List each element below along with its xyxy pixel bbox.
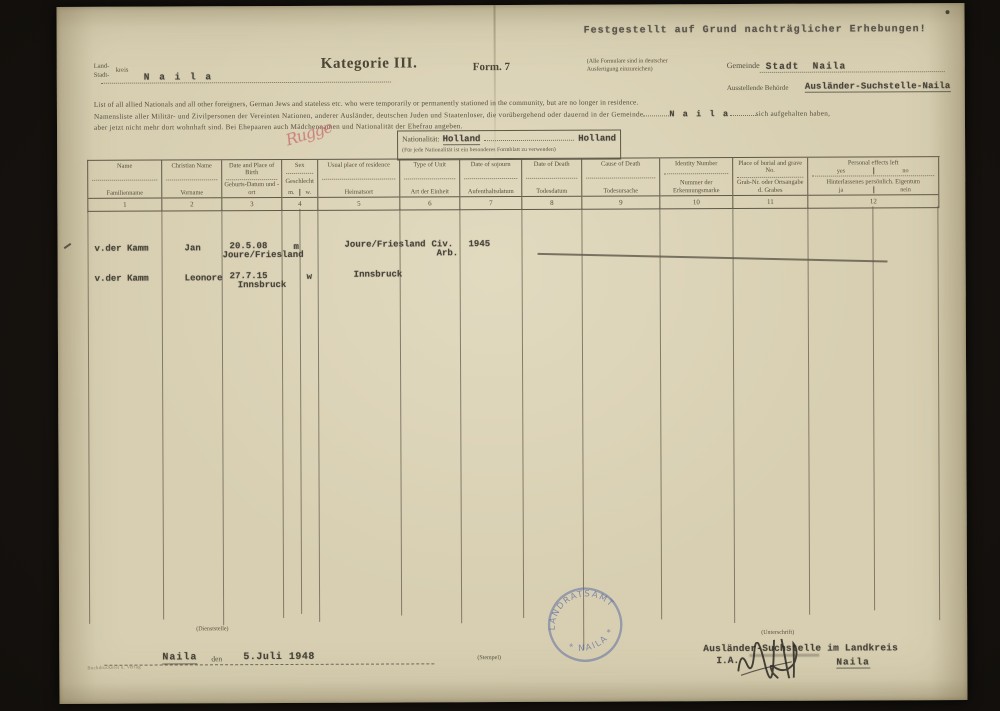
col4-sub-w: w. [299, 189, 316, 196]
col-header-death-date: Date of DeathTodesdatum 8 [522, 159, 582, 210]
col-header-burial: Place of burial and grave No.Grab-Nr. od… [733, 158, 808, 209]
stamp-text-bottom: * NAILA * [564, 624, 621, 661]
col7-en: Date of sojourn [461, 161, 520, 169]
col3-en: Date and Place of Birth [223, 162, 280, 177]
col2-de: Vorname [163, 189, 220, 197]
row1-residence: Joure/Friesland [345, 239, 426, 249]
col6-de: Art der Einheit [401, 188, 458, 196]
row2-birth-place: Innsbruck [238, 280, 287, 290]
col-header-name: NameFamilienname 1 [88, 161, 162, 212]
row1-birth-place: Joure/Friesland [223, 250, 304, 260]
row1-sojourn: 1945 [469, 239, 491, 249]
nationality-value-confirm: Holland [578, 134, 616, 144]
col-header-sojourn: Date of sojournAufenthaltsdatum 7 [460, 159, 522, 210]
table-header: NameFamilienname 1 Christian NameVorname… [87, 156, 940, 213]
col-header-birth: Date and Place of BirthGeburts-Datum und… [222, 160, 282, 211]
col11-en: Place of burial and grave No. [734, 160, 806, 175]
issuer-place: Naila [836, 656, 870, 668]
nationality-box: Nationalität: Holland Holland (Für jede … [397, 130, 621, 161]
signature-label: (Unterschrift) [761, 630, 794, 638]
intro-dotted-gap2 [730, 108, 756, 116]
col8-de: Todesdatum [523, 187, 580, 195]
col-header-sex: Sex Geschlecht m.w. 4 [282, 160, 318, 211]
col-header-death-cause: Cause of DeathTodesursache 9 [582, 158, 660, 209]
footer-left-label: (Dienststelle) [196, 626, 228, 634]
form-note: (Alle Formulare sind in deutscher Ausfer… [587, 58, 668, 74]
row2-first-name: Leonore [185, 273, 223, 283]
nationality-label: Nationalität: [402, 134, 440, 143]
col4-en: Sex [283, 162, 316, 170]
date-value: 5.Juli 1948 [243, 652, 315, 663]
col4-sub-m: m. [283, 189, 299, 196]
col3-de: Geburts-Datum und -ort [223, 181, 280, 196]
col12-en: Personal effects left [809, 159, 937, 167]
col-header-identity: Identity NumberNummer der Erkennungsmark… [660, 158, 733, 209]
form-number: Form. 7 [473, 61, 510, 73]
svg-text:* NAILA *: * NAILA * [564, 624, 621, 661]
col-header-christian-name: Christian NameVorname 2 [162, 160, 222, 211]
row2-residence: Innsbruck [354, 269, 403, 279]
kreis-value: N a i l a [144, 71, 213, 82]
intro-line-de: Namensliste aller Militär- und Zivilpers… [94, 110, 643, 120]
col12-sub-nein: nein [873, 186, 938, 193]
col-header-effects: Personal effects left yesno Hinterlassen… [808, 157, 939, 209]
row2-sex: w [307, 272, 312, 282]
behoerde-label: Ausstellende Behörde [727, 84, 789, 92]
col9-de: Todesursache [583, 187, 658, 195]
printer-imprint: Buchdruckerei u. Verlag [87, 665, 141, 671]
col-header-residence: Usual place of residenceHeimatsort 5 [318, 159, 400, 210]
col9-en: Cause of Death [583, 160, 658, 168]
nationality-dotted-gap [484, 133, 574, 141]
kreis-label-land: Land- [94, 63, 110, 70]
col1-de: Familienname [89, 189, 160, 197]
intro-line-de-suffix: sich aufgehalten haben, [756, 110, 831, 118]
row1-first-name: Jan [185, 243, 201, 253]
nationality-value-typed: Holland [443, 134, 481, 145]
gemeinde-value: Stadt Naila [766, 61, 846, 72]
col10-de: Nummer der Erkennungsmarke [661, 179, 731, 194]
behoerde-value: Ausländer-Suchstelle-Naila [805, 81, 951, 93]
col7-de: Aufenthaltsdatum [461, 188, 520, 196]
margin-pen-tick [64, 243, 72, 249]
col5-en: Usual place of residence [319, 161, 398, 169]
row1-name: v.der Kamm [95, 244, 149, 254]
intro-paragraph: List of all allied Nationals and all oth… [94, 97, 924, 132]
col6-en: Type of Unit [401, 161, 458, 169]
col12-de: Hinterlassenes persönlich. Eigentum [809, 178, 937, 186]
den-label: den [211, 654, 222, 663]
col8-en: Date of Death [523, 161, 580, 169]
row1-unit-line2: Arb. [437, 248, 459, 258]
category-title: Kategorie III. [321, 55, 418, 72]
col11-de: Grab-Nr. oder Ortsangabe d. Grabes [734, 179, 806, 194]
intro-place-value: N a i l a [669, 109, 729, 119]
place-value: Naila [162, 652, 197, 664]
form-note-line2: Ausfertigung einzureichen) [587, 66, 668, 74]
col2-en: Christian Name [163, 162, 220, 170]
col4-de: Geschlecht [283, 178, 316, 186]
row2-name: v.der Kamm [95, 274, 149, 284]
gemeinde-label: Gemeinde [727, 61, 760, 70]
paper-speck [946, 10, 950, 14]
scanned-form-page: Festgestellt auf Grund nachträglicher Er… [56, 3, 967, 704]
intro-dotted-gap1 [643, 108, 669, 116]
row1-sex: m [294, 242, 299, 252]
col12-sub-no: no [873, 167, 938, 174]
col10-en: Identity Number [661, 160, 731, 168]
nationality-note: (Für jede Nationalität ist ein besondere… [402, 147, 616, 154]
col12-sub-yes: yes [809, 167, 873, 174]
verification-note: Festgestellt auf Grund nachträglicher Er… [584, 24, 927, 36]
col-header-unit: Type of UnitArt der Einheit 6 [400, 159, 460, 210]
form-note-line1: (Alle Formulare sind in deutscher [587, 58, 668, 66]
stamp-label: (Stempel) [477, 655, 501, 663]
col5-de: Heimatsort [319, 188, 398, 196]
scanned-document-photo: { "document": { "verification_note": "Fe… [0, 0, 1000, 711]
col12-sub-ja: ja [809, 186, 873, 193]
col1-en: Name [89, 163, 160, 171]
